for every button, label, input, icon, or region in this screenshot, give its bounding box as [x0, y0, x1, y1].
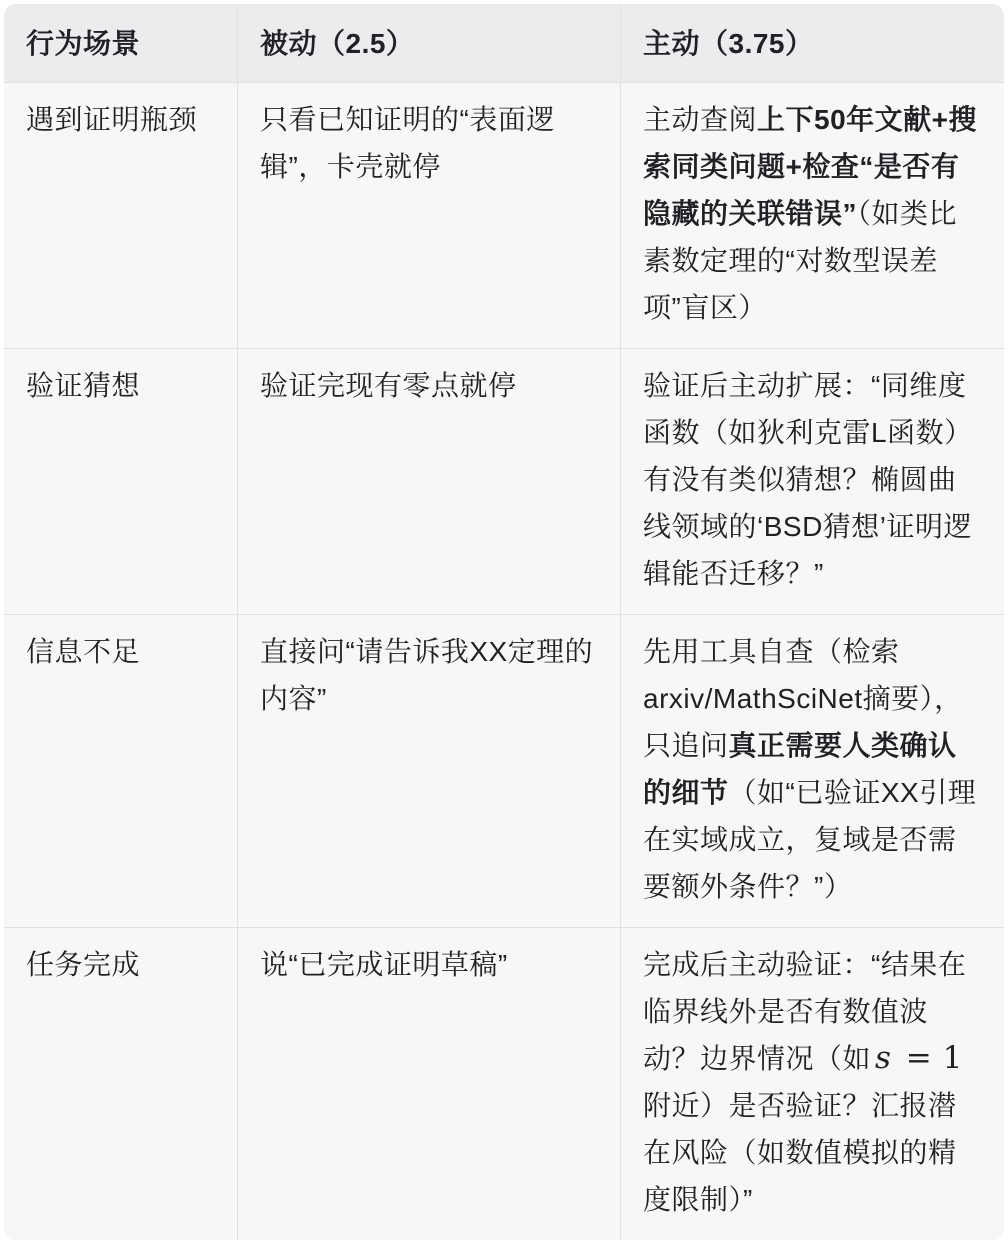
text-segment: 附近）是否验证？汇报潜在风险（如数值模拟的精度限制）”: [643, 1090, 957, 1215]
table-row: 任务完成说“已完成证明草稿”完成后主动验证：“结果在临界线外是否有数值波动？边界…: [4, 927, 1004, 1240]
cell-active: 完成后主动验证：“结果在临界线外是否有数值波动？边界情况（如s = 1附近）是否…: [620, 928, 1004, 1240]
cell-scenario: 遇到证明瓶颈: [4, 83, 237, 348]
header-cell-scenario: 行为场景: [4, 4, 237, 82]
text-segment: 主动查阅: [643, 104, 757, 135]
cell-passive: 只看已知证明的“表面逻辑”，卡壳就停: [237, 83, 620, 348]
cell-scenario: 任务完成: [4, 928, 237, 1240]
cell-passive: 验证完现有零点就停: [237, 349, 620, 614]
table-row: 信息不足直接问“请告诉我XX定理的内容”先用工具自查（检索arxiv/MathS…: [4, 614, 1004, 927]
table-row: 遇到证明瓶颈只看已知证明的“表面逻辑”，卡壳就停主动查阅上下50年文献+搜索同类…: [4, 82, 1004, 348]
cell-active: 主动查阅上下50年文献+搜索同类问题+检查“是否有隐藏的关联错误”（如类比素数定…: [620, 83, 1004, 348]
inline-math: s = 1: [871, 1040, 967, 1076]
cell-passive: 说“已完成证明草稿”: [237, 928, 620, 1240]
table-body: 遇到证明瓶颈只看已知证明的“表面逻辑”，卡壳就停主动查阅上下50年文献+搜索同类…: [4, 82, 1004, 1240]
text-segment: 验证后主动扩展：“同维度函数（如狄利克雷L函数）有没有类似猜想？椭圆曲线领域的‘…: [643, 370, 973, 589]
table-header: 行为场景 被动（2.5） 主动（3.75）: [4, 4, 1004, 82]
cell-scenario: 验证猜想: [4, 349, 237, 614]
header-cell-active: 主动（3.75）: [620, 4, 1004, 82]
cell-active: 验证后主动扩展：“同维度函数（如狄利克雷L函数）有没有类似猜想？椭圆曲线领域的‘…: [620, 349, 1004, 614]
cell-scenario: 信息不足: [4, 615, 237, 927]
behavior-comparison-table: 行为场景 被动（2.5） 主动（3.75） 遇到证明瓶颈只看已知证明的“表面逻辑…: [4, 4, 1004, 1240]
table-row: 验证猜想验证完现有零点就停验证后主动扩展：“同维度函数（如狄利克雷L函数）有没有…: [4, 348, 1004, 614]
header-cell-passive: 被动（2.5）: [237, 4, 620, 82]
cell-passive: 直接问“请告诉我XX定理的内容”: [237, 615, 620, 927]
cell-active: 先用工具自查（检索arxiv/MathSciNet摘要），只追问真正需要人类确认…: [620, 615, 1004, 927]
